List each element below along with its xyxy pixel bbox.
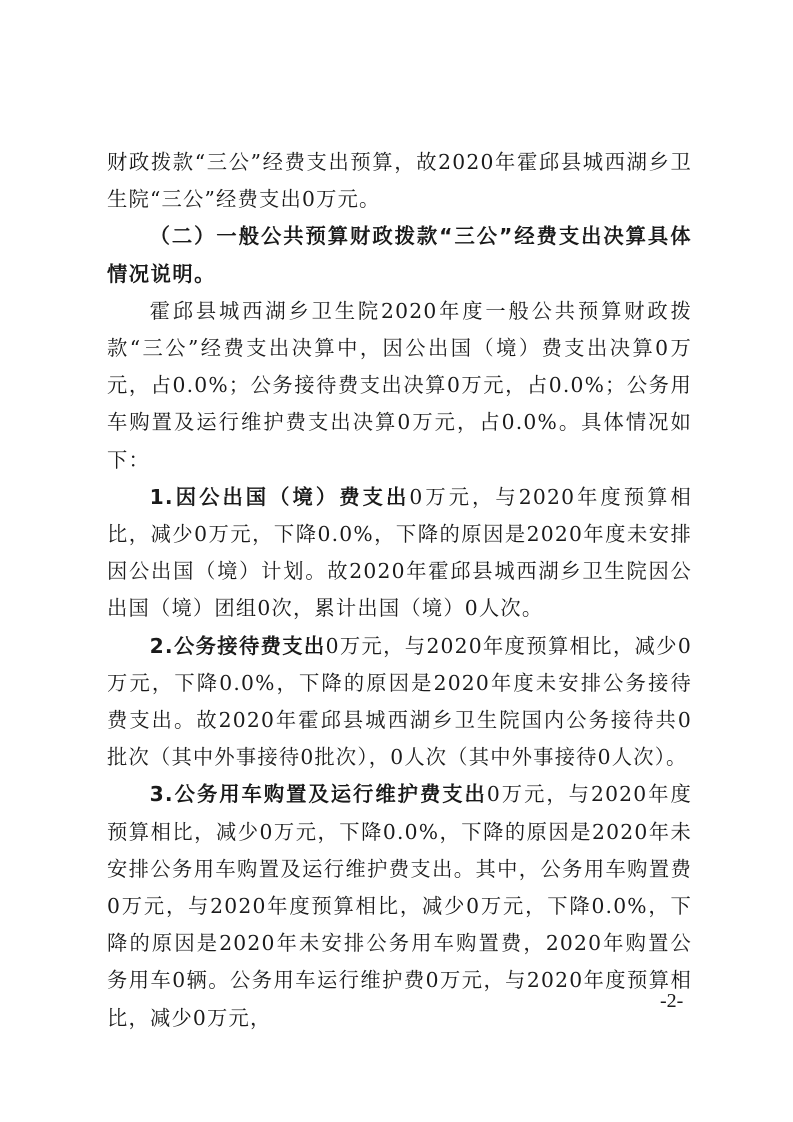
document-page: 财政拨款“三公”经费支出预算，故2020年霍邱县城西湖乡卫生院“三公”经费支出0… xyxy=(0,0,793,1122)
page-number: -2- xyxy=(660,990,683,1013)
paragraph-vehicles: 3.公务用车购置及运行维护费支出0万元，与2020年度预算相比，减少0万元，下降… xyxy=(107,776,692,1036)
paragraph-lead: 1.因公出国（境）费支出 xyxy=(150,485,410,509)
paragraph-text: 0万元，与2020年度预算相比，减少0万元，下降0.0%，下降的原因是2020年… xyxy=(107,782,692,1029)
section-heading: （二）一般公共预算财政拨款“三公”经费支出决算具体情况说明。 xyxy=(107,218,692,292)
section-heading-text: （二）一般公共预算财政拨款“三公”经费支出决算具体情况说明。 xyxy=(107,224,692,285)
paragraph-lead: 3.公务用车购置及运行维护费支出 xyxy=(150,782,487,806)
paragraph-reception: 2.公务接待费支出0万元，与2020年度预算相比，减少0万元，下降0.0%，下降… xyxy=(107,628,692,777)
paragraph-text: 霍邱县城西湖乡卫生院2020年度一般公共预算财政拨款“三公”经费支出决算中，因公… xyxy=(107,299,692,472)
paragraph-summary: 霍邱县城西湖乡卫生院2020年度一般公共预算财政拨款“三公”经费支出决算中，因公… xyxy=(107,293,692,479)
paragraph-text: 财政拨款“三公”经费支出预算，故2020年霍邱县城西湖乡卫生院“三公”经费支出0… xyxy=(107,150,692,211)
paragraph-continuation: 财政拨款“三公”经费支出预算，故2020年霍邱县城西湖乡卫生院“三公”经费支出0… xyxy=(107,144,692,218)
document-body: 财政拨款“三公”经费支出预算，故2020年霍邱县城西湖乡卫生院“三公”经费支出0… xyxy=(107,144,692,1037)
paragraph-lead: 2.公务接待费支出 xyxy=(150,634,326,658)
paragraph-overseas-travel: 1.因公出国（境）费支出0万元，与2020年度预算相比，减少0万元，下降0.0%… xyxy=(107,479,692,628)
